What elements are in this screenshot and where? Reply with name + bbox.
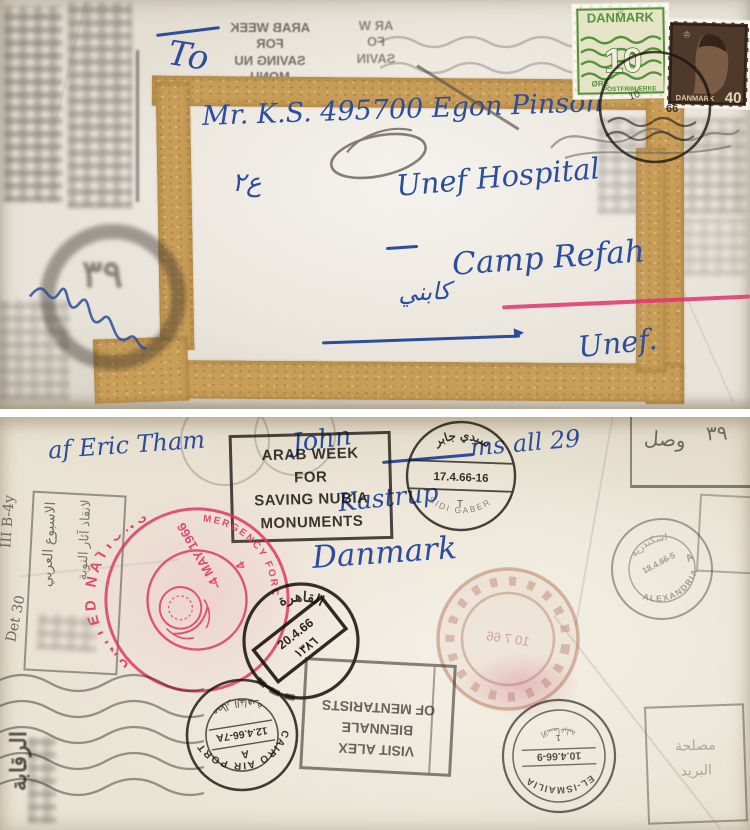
svg-text:مطار القاهرة: مطار القاهرة [209,693,265,719]
faint-arabic-box: مصلحة البريد [644,703,748,824]
envelope-back: III B-4y Det 30 af Eric Tham John ms all… [0,417,750,830]
postmark-fragment: 10 [628,89,642,103]
pencil-oval-loop [320,122,436,186]
postmark-cairo-airport: CAIRO AIR PORT A 12.4.66-7A مطار القاهرة [173,666,310,803]
ghost-slogan-line: SAVING NU [218,53,322,69]
to-label: To [165,33,211,79]
arabic-note: ع٢ [232,168,261,198]
pink-crayon-line [502,295,750,309]
blue-signature [22,242,162,382]
dark-smudge [28,737,56,823]
arabic-note: كابني [397,277,451,308]
pencil-note-1: III B-4y [0,495,18,549]
postmark-latin-text: SIDI GABER [427,494,494,516]
svg-text:SIDI GABER: SIDI GABER [427,494,494,516]
crown-icon: ♔ [617,7,624,16]
postmark-date: 17.4.66-16 [433,471,488,485]
postmark-el-ismailia: EL-ISMAILIA 10.4.66-9 1 الاسماعيلية [496,693,622,819]
postmark-fragment: 66 [666,103,678,115]
postmark-sidigaber: سيدي جابر 17.4.66-16 T SIDI GABER [398,417,524,537]
visit-alex-cachet: VISIT ALEX BIENNALE OF MENTARISTS [299,657,457,777]
ink-streak [136,50,139,202]
front-postmark: 10 66 [594,46,716,168]
faint-arabic-line: البريد [648,757,745,786]
postmark-date: 12.4.66-7A [215,724,269,744]
postmark-date: 10.4.66-9 [536,749,581,763]
ghost-slogan-block: ARAB WEEK FOR SAVING NU MONU [218,20,322,85]
pen-arrow-head [514,328,525,339]
ghost-slogan-line: FOR [218,36,322,52]
tape-strip-bottom [164,360,684,402]
ghost-slogan-line: ARAB WEEK [218,20,322,36]
corner-arabic: وصل [643,426,686,454]
postmark-date: 18.4.66-5 [641,550,678,576]
envelope-photo: ARAB WEEK FOR SAVING NU MONU AR W FO SAV… [0,0,750,830]
svg-text:سيدي جابر: سيدي جابر [430,427,493,452]
pen-dash [386,245,418,250]
postmark-arabic-text: سيدي جابر [430,427,493,452]
dark-arabic-block: الرقابة [0,727,60,830]
stamp-value-text: 40 [725,89,742,106]
address-line-3: Camp Refah [451,233,646,282]
pen-arrow-line [322,335,520,344]
postmark-letter: A [240,747,250,760]
faint-box-stamp [696,494,750,575]
crown-icon: ♔ [683,29,691,39]
postmark-arabic-text: مطار القاهرة [209,693,265,719]
envelope-front: ARAB WEEK FOR SAVING NU MONU AR W FO SAV… [0,0,750,409]
un-date-text: -4 MAY 1966 [174,520,224,592]
ink-transfer-smudge [4,6,62,202]
corner-arabic: ٣٩ [705,420,728,446]
